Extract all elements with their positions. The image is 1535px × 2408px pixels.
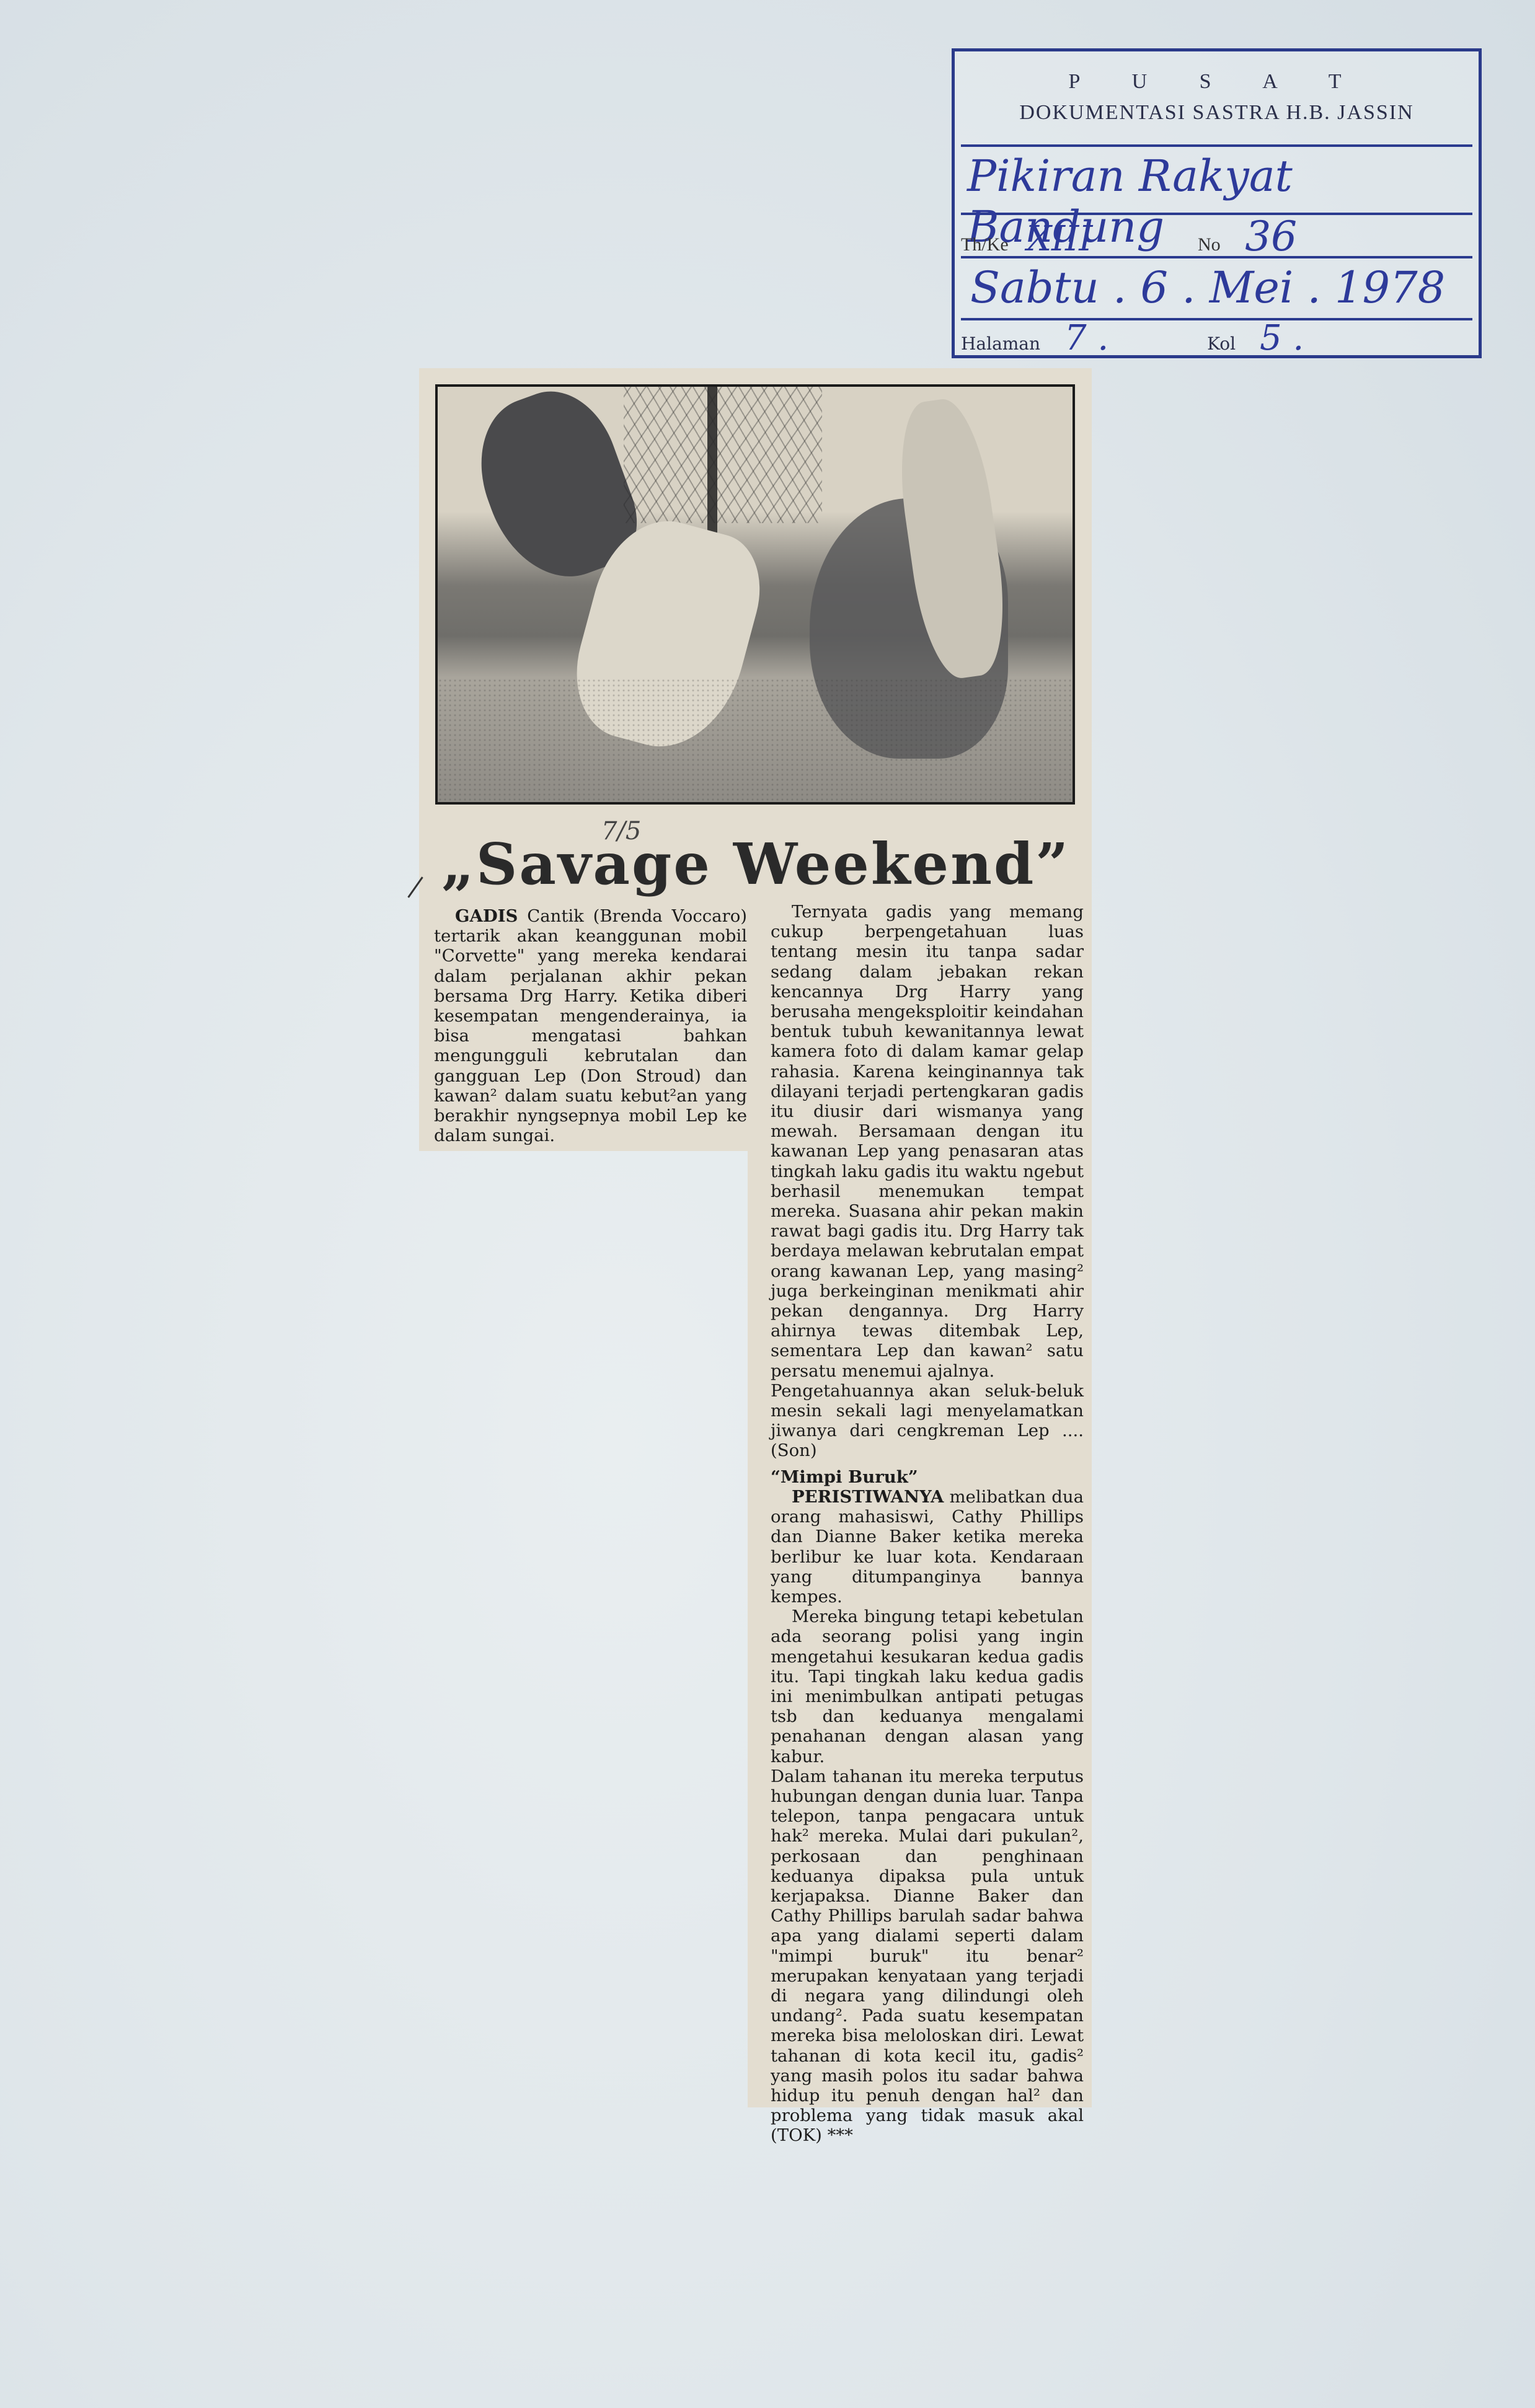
stamp-date: Sabtu . 6 . Mei . 1978 (961, 262, 1472, 320)
body-paragraph: Ternyata gadis yang memang cukup berpeng… (771, 902, 1084, 1381)
stamp-header: P U S A T (961, 70, 1472, 94)
lead-paragraph: GADIS Cantik (Brenda Voccaro) tertarik a… (434, 906, 747, 1145)
stamp-page-label: Halaman (961, 333, 1040, 354)
stamp-page-value: 7 . (1064, 318, 1108, 358)
body-paragraph: Mereka bingung tetapi kebetulan ada seor… (771, 1607, 1084, 1766)
article-right-column: Ternyata gadis yang memang cukup berpeng… (771, 902, 1084, 2146)
subheading: “Mimpi Buruk” (771, 1467, 1084, 1487)
lead-text: Cantik (Brenda Voccaro) tertarik akan ke… (434, 906, 747, 1145)
stamp-year-value: XIII (1027, 219, 1092, 259)
body-paragraph: Dalam tahanan itu mereka terputus hubung… (771, 1766, 1084, 2146)
sub-lead-paragraph: PERISTIWANYA melibatkan dua orang mahasi… (771, 1487, 1084, 1607)
stamp-number-value: 36 (1245, 213, 1297, 260)
headline: „Savage Weekend” (441, 831, 1070, 897)
photo-ground (438, 678, 1073, 802)
stamp-column-label: Kol (1207, 333, 1236, 354)
lead-word: GADIS (455, 906, 518, 926)
film-still-photo (435, 384, 1075, 805)
archive-stamp: P U S A T DOKUMENTASI SASTRA H.B. JASSIN… (952, 48, 1482, 358)
stamp-page-row: Halaman 7 . Kol 5 . (961, 318, 1472, 352)
stamp-issue-row: Th/Ke XIII No 36 (961, 213, 1472, 258)
body-paragraph: Pengetahuannya akan seluk-beluk mesin se… (771, 1381, 1084, 1461)
stamp-number-label: No (1198, 234, 1221, 255)
sub-lead-word: PERISTIWANYA (792, 1487, 944, 1507)
stamp-year-label: Th/Ke (961, 234, 1009, 255)
stamp-newspaper-name: Pikiran Rakyat Bandung (961, 151, 1472, 215)
stamp-organization: DOKUMENTASI SASTRA H.B. JASSIN (961, 101, 1472, 147)
article-left-column: GADIS Cantik (Brenda Voccaro) tertarik a… (434, 906, 747, 1145)
photo-branches (624, 387, 822, 523)
stamp-column-value: 5 . (1260, 318, 1304, 358)
